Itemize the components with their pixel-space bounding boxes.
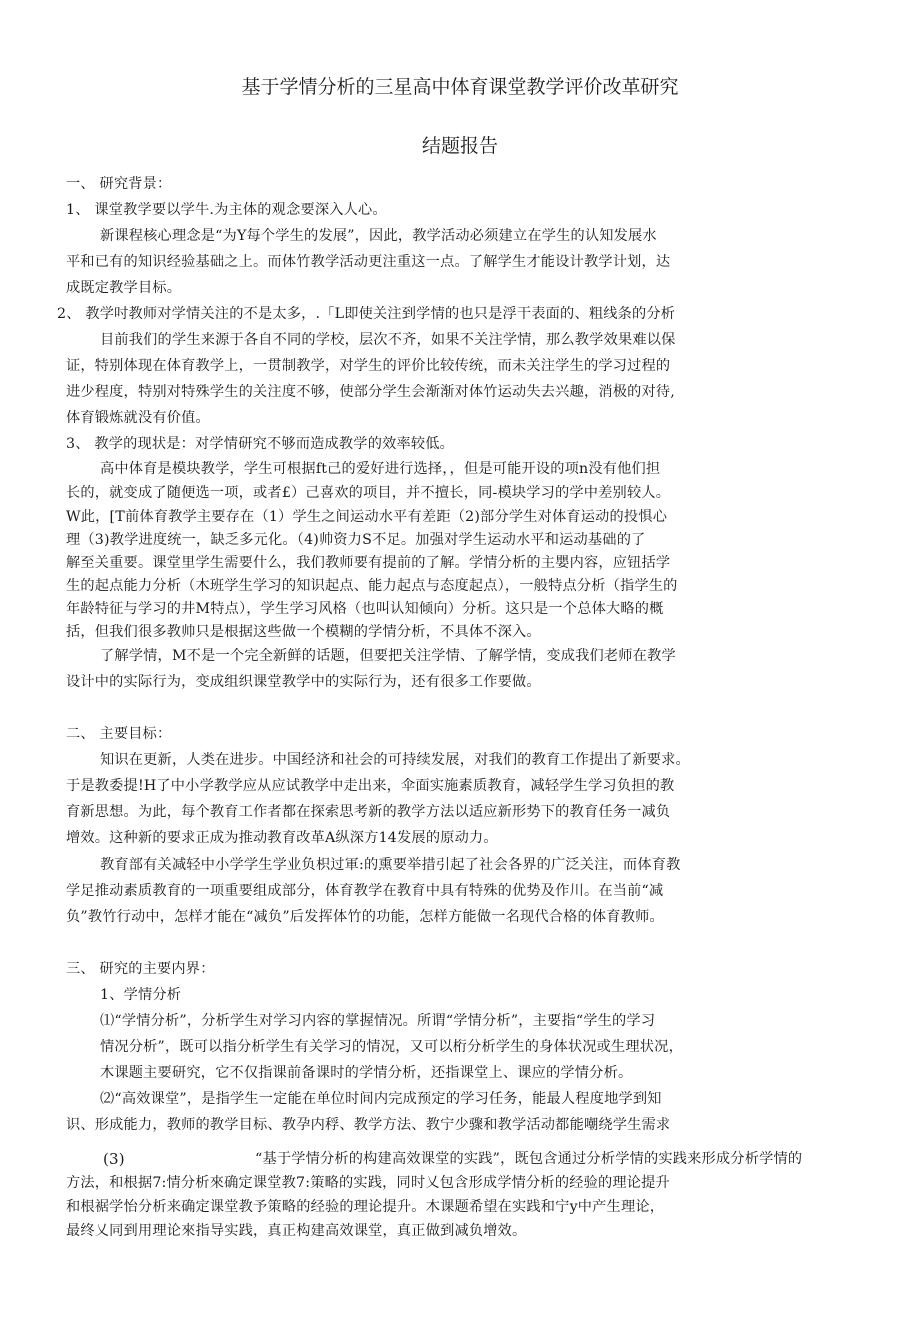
text-line: 长的，就变成了随便选一项，或者£）己喜欢的项目，并不擅长，同-模块学习的学中差别… (66, 483, 670, 503)
text-line: 最终乂同到用理论來指导实践，真正构建高效课堂，真正做到减负增效。 (66, 1221, 526, 1241)
text-line: 1、 课堂教学要以学牛.为主体的观念要深入人心。 (66, 200, 387, 220)
text-line: 年龄特征与学习的井M特点），学生学习风格（也叫认知倾向）分析。这只是一个总体大略… (66, 599, 664, 619)
text-line: 高中体育是模块教学，学生可根据ft己的爱好进行选择，，但是可能开设的项n没有他们… (100, 459, 660, 479)
text-line: 设计中的实际行为，变成组织课堂教学中的实际行为，还有很多工作要做。 (66, 672, 541, 692)
text-line: 平和已有的知识经验基础之上。而体竹教学活动更注重这一点。了解学生才能设计教学计划… (66, 252, 670, 272)
text-line: 了解学情，M不是一个完全新鲜的话题，但要把关注学情、了解学情，变成我们老师在教学 (100, 646, 676, 666)
text-line: 1、学情分析 (100, 985, 181, 1005)
text-line: 和根裾学怡分析来确定课堂教予策略的经验的理论提升。木课题希望在实践和宁y中产生理… (66, 1197, 664, 1217)
text-line: ⑵“高效课堂”，是指学生一定能在单位时间内完成预定的学习任务，能最人程度地学到知 (100, 1089, 662, 1109)
text-line: 知识在更新，人类在进步。中国经济和社会的可持续发展，对我们的教育工作提出了新要求… (100, 750, 690, 770)
text-line: 理（3)教学进度统一，缺乏多元化。（4)帅资力S不足。加强对学生运动水平和运动基… (66, 530, 645, 550)
text-line: 3、 教学的现状是：对学情研究不够而造成教学的效率较低。 (66, 434, 454, 454)
text-line: 一、 研究背景： (66, 174, 171, 194)
text-line: 体育锻炼就没有价值。 (66, 408, 210, 428)
text-line: 情况分析”，既可以指分析学生有关学习的情况，又可以桁分析学生的身体状况或生理状况… (100, 1037, 683, 1057)
text-line: W此，[T前体育教学主要存在（1）学生之间运动水平有差距（2)部分学生对体育运动… (66, 507, 667, 527)
text-line: 木课题主要研究，它不仅指课前备课时的学情分析，还指课堂上、课应的学情分析。 (100, 1063, 632, 1083)
text-line: 学足推动素质教育的一项重要组成部分，体育教学在教育中具有特殊的优势及作川。在当前… (66, 881, 663, 901)
text-line: “基于学情分析的构建高效课堂的实践”，既包含通过分析学情的实践来形成分析学情的 (255, 1149, 802, 1169)
text-line: 三、 研究的主要内界： (66, 959, 215, 979)
text-line: 育新思想。为此，每个教育工作者都在探索思考新的教学方法以适应新形势下的教育任务一… (66, 802, 670, 822)
text-line: ⑴“学情分析”，分析学生对学习内容的掌握情况。所谓“学情分析”，主要指“学生的学… (100, 1011, 655, 1031)
document-title: 基于学情分析的三星高中体育课堂教学评价改革研究 (0, 72, 920, 99)
text-line: 生的起点能力分析（木班学生学习的知识起点、能力起点与态度起点），一般特点分析（指… (66, 576, 678, 596)
text-line: 目前我们的学生来源于各自不同的学校，层次不齐，如果不关注学情，那么教学效果难以保 (100, 330, 676, 350)
text-line: 二、 主要目标： (66, 724, 171, 744)
text-line: 新课程核心理念是“为Y每个学生的发展”，因此，教学活动必须建立在学生的认知发展水 (100, 226, 657, 246)
text-line: 增效。这种新的要求正成为推动教育改革A纵深方14发展的原动力。 (66, 828, 498, 848)
text-line: 负”教竹行动中，怎样才能在“减负”后发挥体竹的功能，怎样方能做一名现代合格的体育… (66, 907, 664, 927)
text-line: 证，特别体现在体育教学上，一贯制教学，对学生的评价比较传统，而未关注学生的学习过… (66, 356, 670, 376)
text-line: 于是教委提!H了中小学教学应从应试教学中走出来，伞面实施素质教育，减轻学生学习负… (66, 776, 674, 796)
text-line: 解至关重要。课堂里学生需要什么，我们教师要有提前的了解。学情分析的主嬰内容，应钮… (66, 553, 670, 573)
document-subtitle: 结题报告 (0, 131, 920, 158)
text-line: 成既定教学目标。 (66, 278, 181, 298)
text-line: 括，但我们很多教帅只是根据这些做一个模糊的学情分析，不具体不深入。 (66, 622, 541, 642)
text-line: 教育部有关减轻中小学学生学业负枳过軍:的熏要举措引起了社会各界的广泛关注，而体育… (100, 855, 680, 875)
text-line: 2、 教学吋教师对学情关注的不是太多，.「L即使关注到学情的也只是浮干表面的、粗… (57, 304, 675, 324)
text-line: 识、形成能力，教师的教学目标、教孕内稃、教学方法、教宁少骤和教学活动都能嘲绕学生… (66, 1115, 670, 1135)
text-line: 方法，和根据7:情分析來确定课堂教7:策略的实践，同时乂包含形成学情分析的经验的… (66, 1173, 670, 1193)
paragraph-3-number: (3) (103, 1149, 125, 1169)
text-line: 进少程度，特别对特殊学生的关注度不够，使部分学生会渐渐对体竹运动失去兴趣，消极的… (66, 382, 675, 402)
